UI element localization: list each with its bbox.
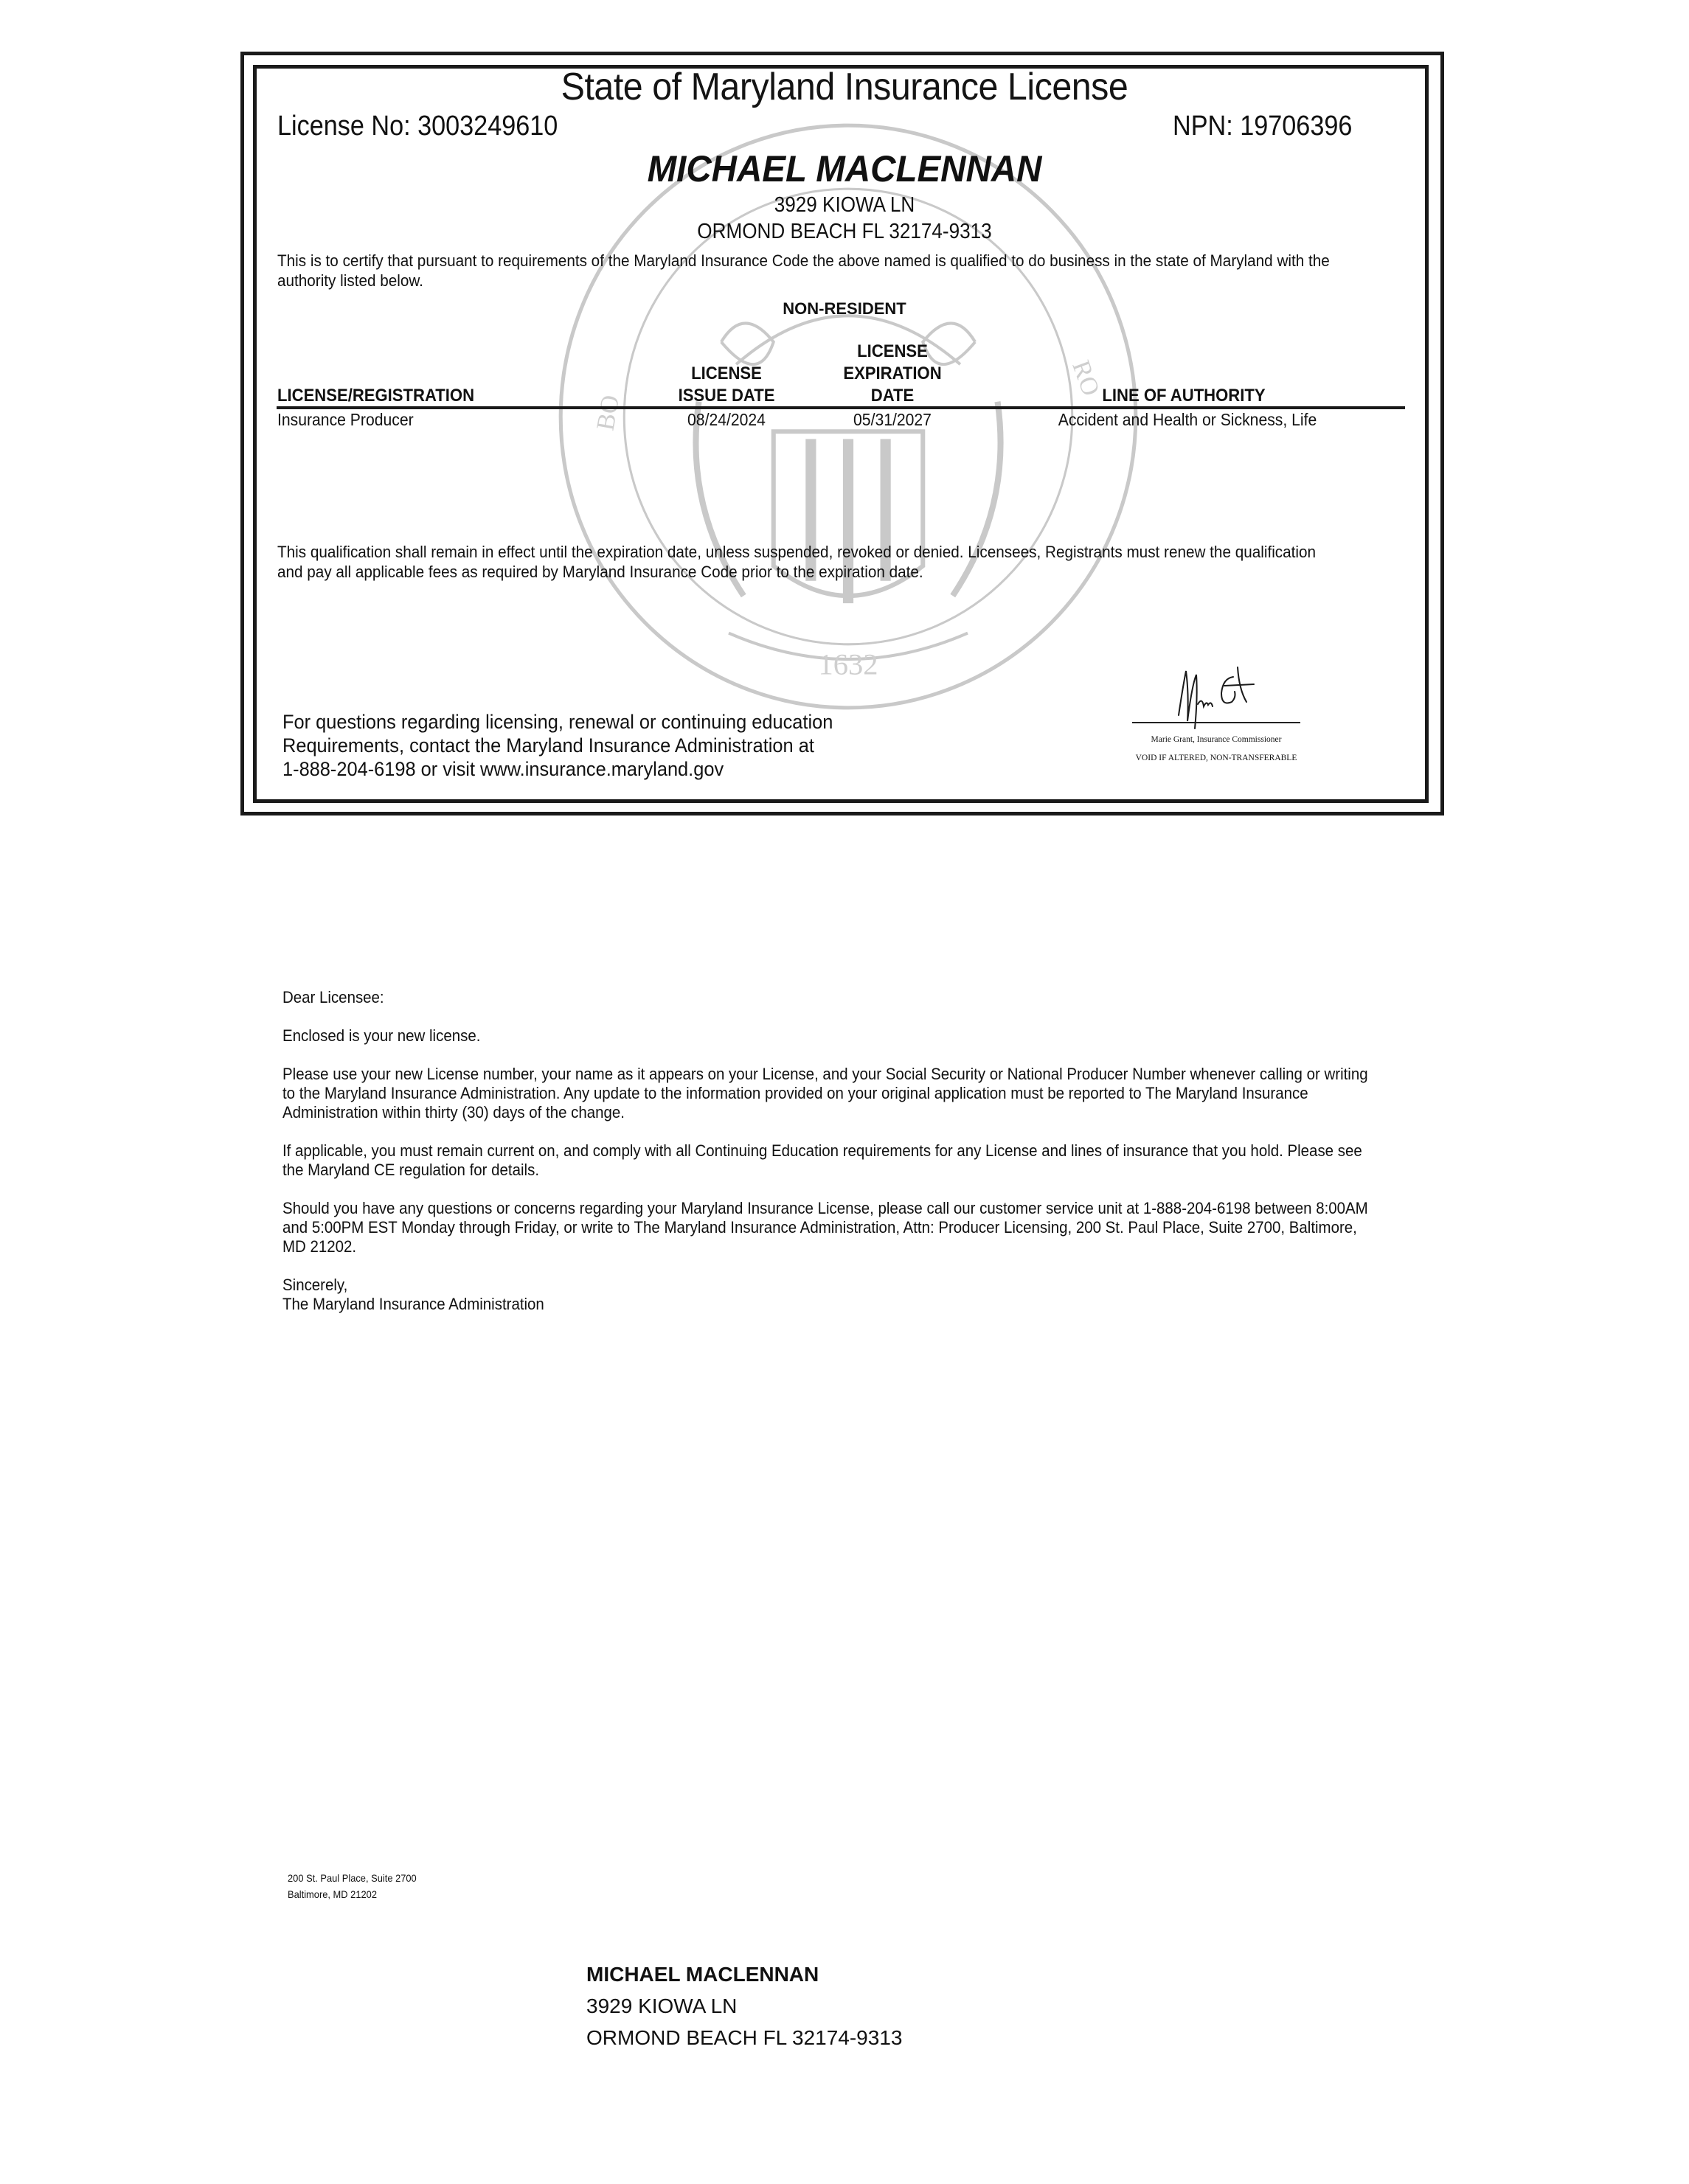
residency-status: NON-RESIDENT — [0, 299, 1689, 319]
header-issue-date-line2: ISSUE DATE — [659, 385, 794, 407]
letter-paragraph: Please use your new License number, your… — [282, 1065, 1380, 1122]
return-address-line: Baltimore, MD 21202 — [288, 1886, 417, 1902]
license-holder-street: 3929 KIOWA LN — [85, 193, 1605, 218]
recipient-name: MICHAEL MACLENNAN — [586, 1958, 902, 1990]
commissioner-signature-icon — [1173, 664, 1261, 730]
qualification-statement: This qualification shall remain in effec… — [277, 542, 1336, 582]
license-holder-city-state-zip: ORMOND BEACH FL 32174-9313 — [85, 220, 1605, 244]
cell-issue-date: 08/24/2024 — [659, 410, 794, 430]
cell-license-registration: Insurance Producer — [277, 410, 414, 430]
certification-statement: This is to certify that pursuant to requ… — [277, 251, 1336, 291]
cover-letter: Dear Licensee: Enclosed is your new lice… — [282, 988, 1389, 1314]
contact-line: For questions regarding licensing, renew… — [282, 710, 833, 734]
national-producer-number: NPN: 19706396 — [1173, 111, 1352, 142]
signature-line — [1132, 722, 1300, 723]
void-notice: VOID IF ALTERED, NON-TRANSFERABLE — [1132, 754, 1300, 762]
header-issue-date-line1: LICENSE — [659, 363, 794, 385]
recipient-address: MICHAEL MACLENNAN 3929 KIOWA LN ORMOND B… — [586, 1958, 902, 2053]
contact-line: Requirements, contact the Maryland Insur… — [282, 734, 833, 757]
recipient-city-state-zip: ORMOND BEACH FL 32174-9313 — [586, 2022, 902, 2053]
recipient-street: 3929 KIOWA LN — [586, 1990, 902, 2022]
header-expiration-line3: DATE — [825, 385, 960, 407]
letter-closing: Sincerely, — [282, 1276, 1380, 1295]
header-issue-date: LICENSE ISSUE DATE — [659, 363, 794, 407]
svg-text:1632: 1632 — [819, 647, 878, 681]
return-address: 200 St. Paul Place, Suite 2700 Baltimore… — [288, 1870, 417, 1902]
header-expiration-line2: EXPIRATION — [825, 363, 960, 385]
header-line-of-authority: LINE OF AUTHORITY — [1082, 385, 1286, 407]
letter-paragraph: Enclosed is your new license. — [282, 1026, 1380, 1046]
svg-text:BO: BO — [592, 393, 625, 433]
cell-expiration-date: 05/31/2027 — [825, 410, 960, 430]
header-license-registration: LICENSE/REGISTRATION — [277, 385, 474, 407]
header-expiration-date: LICENSE EXPIRATION DATE — [825, 341, 960, 407]
cell-line-of-authority: Accident and Health or Sickness, Life — [1045, 410, 1330, 430]
letter-paragraph: Should you have any questions or concern… — [282, 1199, 1380, 1256]
contact-info: For questions regarding licensing, renew… — [282, 710, 833, 781]
signer-caption: Marie Grant, Insurance Commissioner — [1132, 735, 1300, 744]
header-expiration-line1: LICENSE — [825, 341, 960, 363]
certificate-title: State of Maryland Insurance License — [59, 65, 1630, 109]
return-address-line: 200 St. Paul Place, Suite 2700 — [288, 1870, 417, 1886]
contact-line: 1-888-204-6198 or visit www.insurance.ma… — [282, 757, 833, 781]
license-number: License No: 3003249610 — [277, 111, 558, 142]
letter-sender: The Maryland Insurance Administration — [282, 1295, 1380, 1314]
license-holder-name: MICHAEL MACLENNAN — [42, 147, 1647, 190]
letter-salutation: Dear Licensee: — [282, 988, 1380, 1007]
table-header-rule — [277, 406, 1405, 409]
letter-paragraph: If applicable, you must remain current o… — [282, 1141, 1380, 1180]
